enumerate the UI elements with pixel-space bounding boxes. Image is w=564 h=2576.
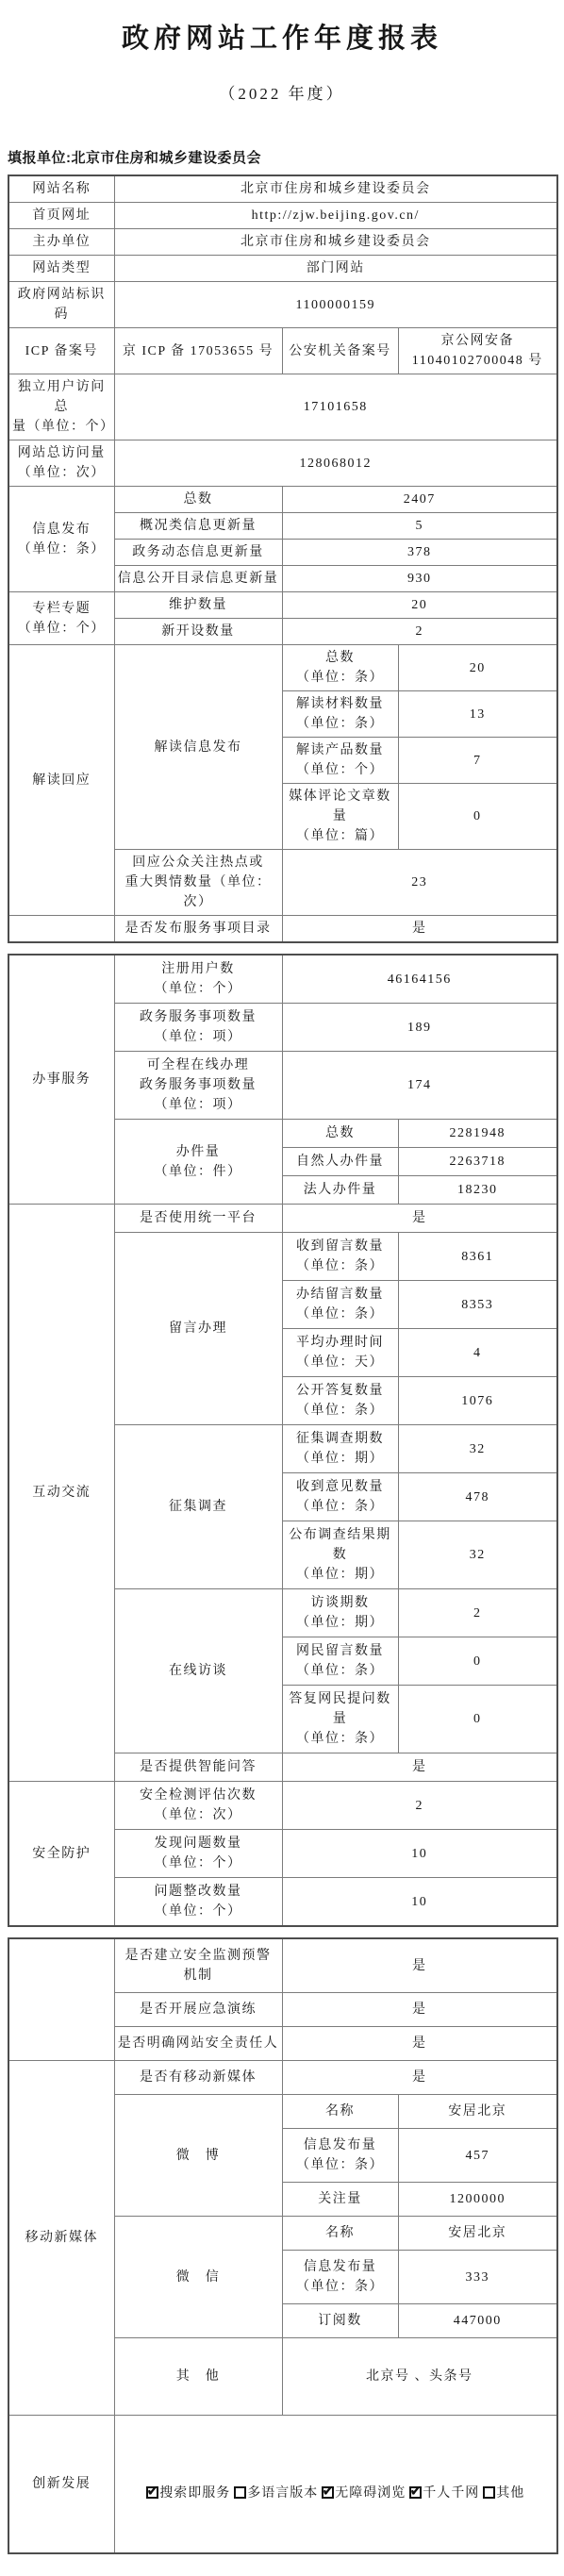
innovation-option: 其他 [479,2486,524,2501]
table-basic-info: 网站名称 北京市住房和城乡建设委员会 首页网址 http://zjw.beiji… [8,175,558,943]
weibo-followers-label: 关注量 [282,2183,398,2217]
weibo-followers-value: 1200000 [398,2183,557,2217]
msg-avgtime-value: 4 [398,1329,557,1377]
wechat-name-label: 名称 [282,2217,398,2251]
checkbox-checked-icon [146,2486,158,2499]
interpret-group: 解读回应 [8,645,114,916]
table-row: ICP 备案号 京 ICP 备 17053655 号 公安机关备案号 京公网安备… [8,328,557,374]
interview-messages-value: 0 [398,1637,557,1686]
site-code-label: 政府网站标识码 [8,282,114,328]
weibo-posts-value: 457 [398,2129,557,2183]
service-catalog-value: 是 [282,916,557,943]
innovation-checkboxes: 搜索即服务多语言版本无障碍浏览千人千网其他 [114,2416,557,2553]
wechat-posts-label: 信息发布量 （单位：条） [282,2251,398,2304]
interpret-publish-group: 解读信息发布 [114,645,282,850]
organizer-label: 主办单位 [8,229,114,256]
site-name-value: 北京市住房和城乡建设委员会 [114,175,557,203]
info-publish-news-value: 378 [282,540,557,566]
table-row: 解读回应 解读信息发布 总数 （单位：条） 20 [8,645,557,691]
site-type-value: 部门网站 [114,256,557,282]
interpret-total-value: 20 [398,645,557,691]
msg-replies-label: 公开答复数量 （单位：条） [282,1377,398,1425]
innovation-option: 千人千网 [406,2486,479,2501]
interpret-media-label: 媒体评论文章数量 （单位：篇） [282,784,398,850]
service-group: 办事服务 [8,955,114,1205]
table-row: 是否发布服务事项目录 是 [8,916,557,943]
interview-replies-value: 0 [398,1686,557,1753]
other-media-value: 北京号 、头条号 [282,2338,557,2416]
innovation-option-label: 无障碍浏览 [335,2486,406,2501]
empty-cell [8,1938,114,2061]
info-publish-total-value: 2407 [282,487,557,513]
newmedia-group: 移动新媒体 [8,2061,114,2416]
cases-total-value: 2281948 [398,1120,557,1148]
has-media-label: 是否有移动新媒体 [114,2061,282,2095]
table-security-newmedia: 是否建立安全监测预警 机制 是 是否开展应急演练 是 是否明确网站安全责任人 是… [8,1937,558,2554]
cases-total-label: 总数 [282,1120,398,1148]
info-publish-catalog-value: 930 [282,566,557,592]
unique-visitors-label: 独立用户访问总 量（单位：个） [8,374,114,440]
survey-periods-label: 征集调查期数 （单位：期） [282,1425,398,1473]
icp-value: 京 ICP 备 17053655 号 [114,328,282,374]
home-url-label: 首页网址 [8,203,114,229]
emergency-drill-label: 是否开展应急演练 [114,1993,282,2027]
table-row: 创新发展 搜索即服务多语言版本无障碍浏览千人千网其他 [8,2416,557,2553]
site-type-label: 网站类型 [8,256,114,282]
surveys-group: 征集调查 [114,1425,282,1589]
table-row: 独立用户访问总 量（单位：个） 17101658 [8,374,557,440]
interviews-group: 在线访谈 [114,1589,282,1753]
site-name-label: 网站名称 [8,175,114,203]
info-publish-news-label: 政务动态信息更新量 [114,540,282,566]
security-responsible-value: 是 [282,2027,557,2061]
table-row: 是否建立安全监测预警 机制 是 [8,1938,557,1993]
assessments-label: 安全检测评估次数 （单位：次） [114,1782,282,1830]
unique-visitors-value: 17101658 [114,374,557,440]
msg-received-value: 8361 [398,1233,557,1281]
wechat-posts-value: 333 [398,2251,557,2304]
online-items-label: 可全程在线办理 政务服务事项数量 （单位：项） [114,1052,282,1120]
emergency-drill-value: 是 [282,1993,557,2027]
survey-results-label: 公布调查结果期数 （单位：期） [282,1521,398,1589]
unified-platform-value: 是 [282,1205,557,1233]
page-subtitle: （2022 年度） [8,80,556,104]
problems-fixed-label: 问题整改数量 （单位：个） [114,1878,282,1927]
interpret-products-label: 解读产品数量 （单位：个） [282,738,398,784]
interpret-materials-value: 13 [398,691,557,738]
innovation-option-label: 千人千网 [423,2486,479,2501]
total-visits-label: 网站总访问量 （单位：次） [8,440,114,487]
columns-maintain-value: 20 [282,592,557,619]
table-row: 专栏专题 （单位：个） 维护数量 20 [8,592,557,619]
table-row: 安全防护 安全检测评估次数 （单位：次） 2 [8,1782,557,1830]
home-url-value: http://zjw.beijing.gov.cn/ [114,203,557,229]
survey-periods-value: 32 [398,1425,557,1473]
service-items-label: 政务服务事项数量 （单位：项） [114,1004,282,1052]
survey-results-value: 32 [398,1521,557,1589]
registered-users-label: 注册用户数 （单位：个） [114,955,282,1004]
msg-avgtime-label: 平均办理时间 （单位：天） [282,1329,398,1377]
interpret-materials-label: 解读材料数量 （单位：条） [282,691,398,738]
survey-opinions-label: 收到意见数量 （单位：条） [282,1473,398,1521]
interpret-hotspot-value: 23 [282,850,557,916]
wechat-subscribers-label: 订阅数 [282,2304,398,2338]
innovation-option: 无障碍浏览 [318,2486,406,2501]
cases-natural-value: 2263718 [398,1148,557,1176]
table-row: 政府网站标识码 1100000159 [8,282,557,328]
innovation-option: 搜索即服务 [146,2486,230,2501]
info-publish-catalog-label: 信息公开目录信息更新量 [114,566,282,592]
checkbox-checked-icon [322,2486,334,2499]
assessments-value: 2 [282,1782,557,1830]
weibo-group: 微 博 [114,2095,282,2217]
registered-users-value: 46164156 [282,955,557,1004]
police-record-label: 公安机关备案号 [282,328,398,374]
interpret-products-value: 7 [398,738,557,784]
table-service-interaction: 办事服务 注册用户数 （单位：个） 46164156 政务服务事项数量 （单位：… [8,954,558,1927]
checkbox-unchecked-icon [234,2486,246,2499]
empty-cell [8,916,114,943]
messages-group: 留言办理 [114,1233,282,1425]
table-row: 网站类型 部门网站 [8,256,557,282]
info-publish-overview-value: 5 [282,513,557,540]
cases-group: 办件量 （单位：件） [114,1120,282,1205]
cases-legal-value: 18230 [398,1176,557,1205]
page-title: 政府网站工作年度报表 [8,17,556,56]
has-media-value: 是 [282,2061,557,2095]
wechat-group: 微 信 [114,2217,282,2338]
security-responsible-label: 是否明确网站安全责任人 [114,2027,282,2061]
wechat-name-value: 安居北京 [398,2217,557,2251]
interview-messages-label: 网民留言数量 （单位：条） [282,1637,398,1686]
weibo-name-label: 名称 [282,2095,398,2129]
problems-found-label: 发现问题数量 （单位：个） [114,1830,282,1878]
table-row: 移动新媒体 是否有移动新媒体 是 [8,2061,557,2095]
reporting-unit: 填报单位:北京市住房和城乡建设委员会 [8,147,556,167]
security-group: 安全防护 [8,1782,114,1927]
innovation-option: 多语言版本 [230,2486,318,2501]
table-row: 首页网址 http://zjw.beijing.gov.cn/ [8,203,557,229]
warning-mechanism-label: 是否建立安全监测预警 机制 [114,1938,282,1993]
columns-group: 专栏专题 （单位：个） [8,592,114,645]
cases-natural-label: 自然人办件量 [282,1148,398,1176]
table-row: 主办单位 北京市住房和城乡建设委员会 [8,229,557,256]
checkbox-unchecked-icon [483,2486,495,2499]
weibo-name-value: 安居北京 [398,2095,557,2129]
problems-fixed-value: 10 [282,1878,557,1927]
organizer-value: 北京市住房和城乡建设委员会 [114,229,557,256]
report-page: 政府网站工作年度报表 （2022 年度） 填报单位:北京市住房和城乡建设委员会 … [0,0,564,2576]
table-row: 信息发布 （单位：条） 总数 2407 [8,487,557,513]
interview-periods-label: 访谈期数 （单位：期） [282,1589,398,1637]
interview-periods-value: 2 [398,1589,557,1637]
interpret-total-label: 总数 （单位：条） [282,645,398,691]
msg-received-label: 收到留言数量 （单位：条） [282,1233,398,1281]
cases-legal-label: 法人办件量 [282,1176,398,1205]
site-code-value: 1100000159 [114,282,557,328]
weibo-posts-label: 信息发布量 （单位：条） [282,2129,398,2183]
service-catalog-label: 是否发布服务事项目录 [114,916,282,943]
table-row: 网站名称 北京市住房和城乡建设委员会 [8,175,557,203]
icp-label: ICP 备案号 [8,328,114,374]
msg-replies-value: 1076 [398,1377,557,1425]
smart-qa-label: 是否提供智能问答 [114,1753,282,1782]
unified-platform-label: 是否使用统一平台 [114,1205,282,1233]
msg-handled-value: 8353 [398,1281,557,1329]
table-row: 互动交流 是否使用统一平台 是 [8,1205,557,1233]
innovation-option-label: 多语言版本 [247,2486,318,2501]
other-media-label: 其 他 [114,2338,282,2416]
info-publish-overview-label: 概况类信息更新量 [114,513,282,540]
online-items-value: 174 [282,1052,557,1120]
warning-mechanism-value: 是 [282,1938,557,1993]
total-visits-value: 128068012 [114,440,557,487]
columns-new-label: 新开设数量 [114,619,282,645]
wechat-subscribers-value: 447000 [398,2304,557,2338]
interpret-media-value: 0 [398,784,557,850]
info-publish-total-label: 总数 [114,487,282,513]
interview-replies-label: 答复网民提问数量 （单位：条） [282,1686,398,1753]
innovation-option-label: 其他 [496,2486,524,2501]
interaction-group: 互动交流 [8,1205,114,1782]
survey-opinions-value: 478 [398,1473,557,1521]
innovation-option-label: 搜索即服务 [159,2486,230,2501]
innovation-group: 创新发展 [8,2416,114,2553]
columns-new-value: 2 [282,619,557,645]
table-row: 网站总访问量 （单位：次） 128068012 [8,440,557,487]
service-items-value: 189 [282,1004,557,1052]
problems-found-value: 10 [282,1830,557,1878]
info-publish-group: 信息发布 （单位：条） [8,487,114,592]
columns-maintain-label: 维护数量 [114,592,282,619]
police-record-value: 京公网安备 11040102700048 号 [398,328,557,374]
checkbox-checked-icon [409,2486,422,2499]
table-row: 办事服务 注册用户数 （单位：个） 46164156 [8,955,557,1004]
msg-handled-label: 办结留言数量 （单位：条） [282,1281,398,1329]
smart-qa-value: 是 [282,1753,557,1782]
interpret-hotspot-label: 回应公众关注热点或 重大舆情数量（单位： 次） [114,850,282,916]
